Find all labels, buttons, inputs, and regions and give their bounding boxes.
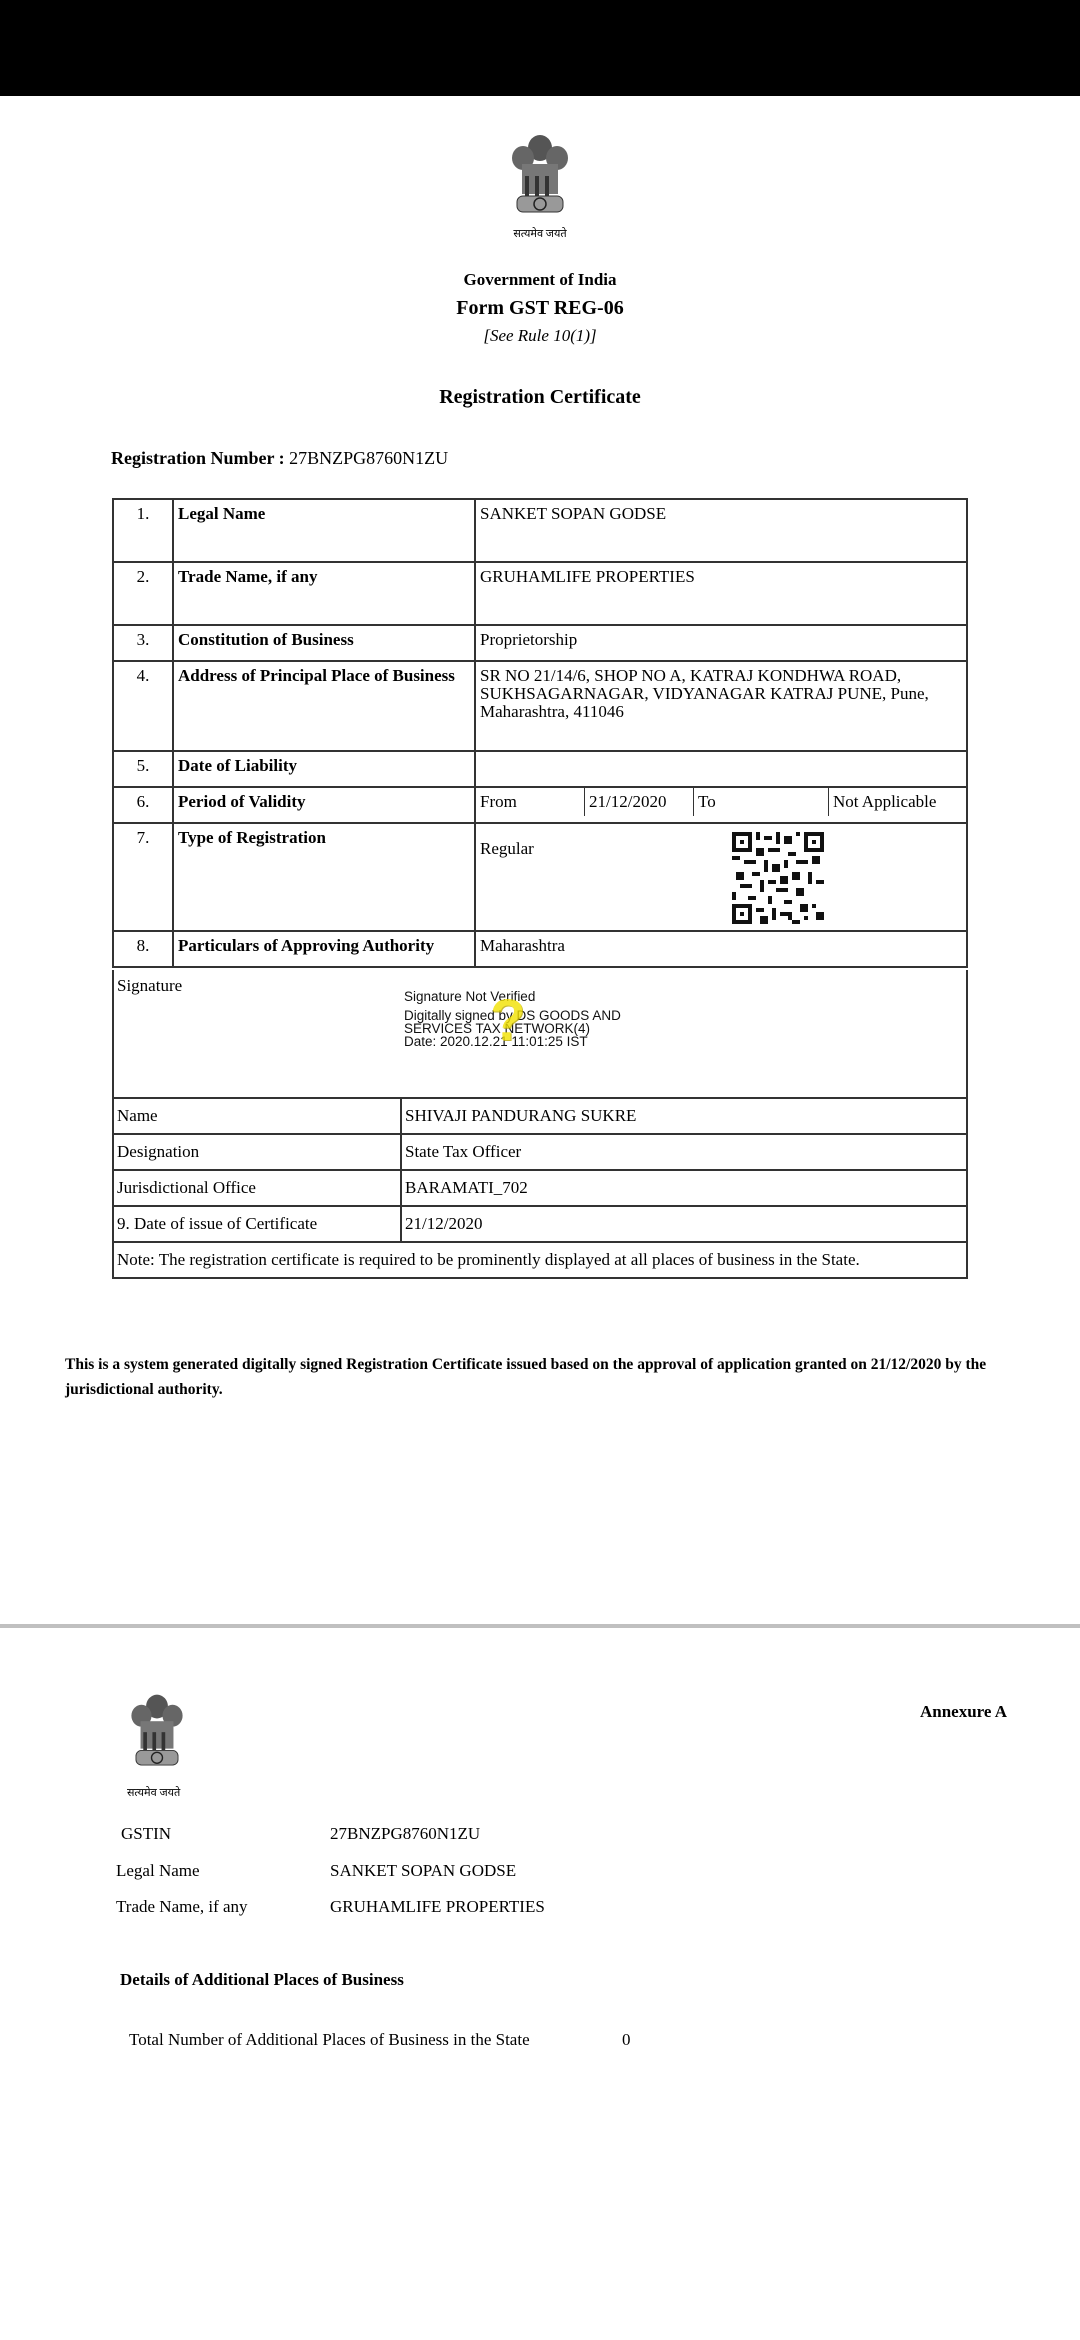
registration-number-label: Registration Number : — [111, 448, 285, 468]
row-number: 3. — [113, 625, 173, 661]
officer-value: SHIVAJI PANDURANG SUKRE — [401, 1098, 967, 1134]
table-row: Jurisdictional Office BARAMATI_702 — [113, 1170, 967, 1206]
row-label: Legal Name — [173, 499, 475, 562]
page-divider — [0, 1624, 1080, 1628]
row-value: SR NO 21/14/6, SHOP NO A, KATRAJ KONDHWA… — [475, 661, 967, 751]
table-row: 1. Legal Name SANKET SOPAN GODSE — [113, 499, 967, 562]
government-heading: Government of India — [0, 270, 1080, 290]
signature-box: Signature Signature Not Verified Digital… — [112, 970, 968, 1097]
row-label: Period of Validity — [173, 787, 475, 823]
officer-value: 21/12/2020 — [401, 1206, 967, 1242]
form-title: Form GST REG-06 — [0, 297, 1080, 320]
row-number: 2. — [113, 562, 173, 625]
row-number: 7. — [113, 823, 173, 931]
row-value: Regular — [480, 839, 534, 858]
officer-value: BARAMATI_702 — [401, 1170, 967, 1206]
system-generated-note: This is a system generated digitally sig… — [65, 1352, 1025, 1402]
row-value-cell: Regular — [475, 823, 967, 931]
from-label: From — [476, 788, 585, 816]
row-value: SANKET SOPAN GODSE — [475, 499, 967, 562]
row-value: Proprietorship — [475, 625, 967, 661]
row-number: 4. — [113, 661, 173, 751]
question-mark-icon: ? — [490, 992, 525, 1050]
registration-number-value: 27BNZPG8760N1ZU — [289, 448, 448, 468]
table-row: 3. Constitution of Business Proprietorsh… — [113, 625, 967, 661]
table-row: Note: The registration certificate is re… — [113, 1242, 967, 1278]
trade-name-label: Trade Name, if any — [116, 1897, 248, 1917]
validity-table: From 21/12/2020 To Not Applicable — [476, 788, 966, 816]
validity-cell: From 21/12/2020 To Not Applicable — [475, 787, 967, 823]
row-value — [475, 751, 967, 787]
additional-places-count: 0 — [622, 2030, 631, 2050]
registration-number: Registration Number : 27BNZPG8760N1ZU — [111, 448, 448, 469]
table-row: 6. Period of Validity From 21/12/2020 To… — [113, 787, 967, 823]
qr-code-icon — [732, 832, 824, 924]
annexure-emblem-motto: सत्यमेव जयते — [127, 1785, 180, 1800]
to-date: Not Applicable — [829, 788, 967, 816]
additional-places-title: Details of Additional Places of Business — [120, 1970, 404, 1990]
row-number: 6. — [113, 787, 173, 823]
emblem-icon — [505, 128, 575, 228]
officer-value: State Tax Officer — [401, 1134, 967, 1170]
table-row: Name SHIVAJI PANDURANG SUKRE — [113, 1098, 967, 1134]
row-number: 1. — [113, 499, 173, 562]
officer-table: Name SHIVAJI PANDURANG SUKRE Designation… — [112, 1097, 968, 1279]
officer-label: Jurisdictional Office — [113, 1170, 401, 1206]
officer-label: 9. Date of issue of Certificate — [113, 1206, 401, 1242]
row-number: 8. — [113, 931, 173, 967]
table-row: Designation State Tax Officer — [113, 1134, 967, 1170]
gstin-label: GSTIN — [121, 1824, 171, 1844]
annexure-title: Annexure A — [920, 1702, 1007, 1722]
table-row: 8. Particulars of Approving Authority Ma… — [113, 931, 967, 967]
to-label: To — [694, 788, 829, 816]
signature-label: Signature — [117, 976, 182, 996]
legal-name-label: Legal Name — [116, 1861, 200, 1881]
table-row: 9. Date of issue of Certificate 21/12/20… — [113, 1206, 967, 1242]
top-bar — [0, 0, 1080, 96]
row-label: Constitution of Business — [173, 625, 475, 661]
row-value: Maharashtra — [475, 931, 967, 967]
row-label: Type of Registration — [173, 823, 475, 931]
from-date: 21/12/2020 — [585, 788, 694, 816]
emblem-motto: सत्यमेव जयते — [0, 226, 1080, 241]
emblem-icon — [125, 1688, 189, 1780]
rule-reference: [See Rule 10(1)] — [0, 326, 1080, 346]
row-label: Trade Name, if any — [173, 562, 475, 625]
display-note: Note: The registration certificate is re… — [113, 1242, 967, 1278]
officer-label: Name — [113, 1098, 401, 1134]
row-number: 5. — [113, 751, 173, 787]
row-label: Address of Principal Place of Business — [173, 661, 475, 751]
details-table: 1. Legal Name SANKET SOPAN GODSE 2. Trad… — [112, 498, 968, 968]
certificate-title: Registration Certificate — [0, 386, 1080, 409]
trade-name-value: GRUHAMLIFE PROPERTIES — [330, 1897, 545, 1917]
table-row: 4. Address of Principal Place of Busines… — [113, 661, 967, 751]
table-row: 2. Trade Name, if any GRUHAMLIFE PROPERT… — [113, 562, 967, 625]
gstin-value: 27BNZPG8760N1ZU — [330, 1824, 480, 1844]
legal-name-value: SANKET SOPAN GODSE — [330, 1861, 516, 1881]
officer-label: Designation — [113, 1134, 401, 1170]
row-label: Particulars of Approving Authority — [173, 931, 475, 967]
additional-places-label: Total Number of Additional Places of Bus… — [129, 2030, 530, 2050]
row-value: GRUHAMLIFE PROPERTIES — [475, 562, 967, 625]
national-emblem — [505, 128, 575, 228]
table-row: 5. Date of Liability — [113, 751, 967, 787]
annexure-emblem — [125, 1688, 189, 1785]
row-label: Date of Liability — [173, 751, 475, 787]
table-row: 7. Type of Registration Regular — [113, 823, 967, 931]
